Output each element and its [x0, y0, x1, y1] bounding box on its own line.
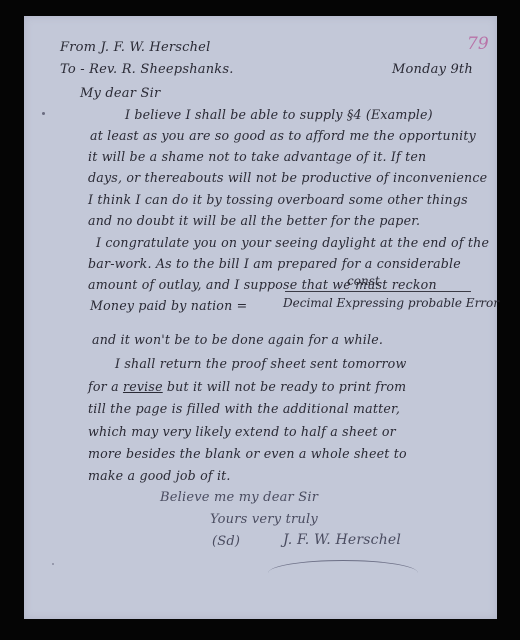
body-line: till the page is filled with the additio…	[88, 401, 400, 416]
signed-mark: (Sd)	[212, 534, 240, 549]
body-line: at least as you are so good as to afford…	[90, 128, 476, 143]
header-from: From J. F. W. Herschel	[60, 40, 210, 55]
formula-numerator: const	[347, 274, 380, 288]
formula-fraction-bar	[285, 291, 471, 292]
header-to: To - Rev. R. Sheepshanks.	[60, 62, 234, 77]
body-line: make a good job of it.	[88, 468, 231, 483]
header-date: Monday 9th	[392, 62, 473, 77]
folio-number: 79	[467, 34, 489, 54]
signature: J. F. W. Herschel	[283, 532, 401, 548]
body-line: it will be a shame not to take advantage…	[88, 149, 426, 164]
body-line: for a revise but it will not be ready to…	[88, 379, 406, 394]
body-line: and it won't be to be done again for a w…	[92, 332, 383, 347]
margin-mark	[42, 112, 45, 115]
closing-line: Yours very truly	[210, 512, 318, 527]
body-line: amount of outlay, and I suppose that we …	[88, 277, 437, 292]
formula-denominator: Decimal Expressing probable Error	[283, 296, 499, 310]
margin-mark	[52, 563, 54, 565]
body-line: days, or thereabouts will not be product…	[88, 170, 487, 185]
body-line: I shall return the proof sheet sent tomo…	[115, 356, 406, 371]
body-line: more besides the blank or even a whole s…	[88, 446, 407, 461]
underlined-word: revise	[123, 379, 163, 394]
body-line: and no doubt it will be all the better f…	[88, 213, 420, 228]
body-line: I think I can do it by tossing overboard…	[88, 192, 468, 207]
body-line: I believe I shall be able to supply §4 (…	[125, 107, 433, 122]
salutation: My dear Sir	[80, 86, 160, 101]
body-line: I congratulate you on your seeing daylig…	[96, 235, 489, 250]
closing-line: Believe me my dear Sir	[160, 490, 318, 505]
body-line: Money paid by nation =	[90, 298, 247, 313]
body-line: which may very likely extend to half a s…	[88, 424, 396, 439]
body-line: bar-work. As to the bill I am prepared f…	[88, 256, 461, 271]
